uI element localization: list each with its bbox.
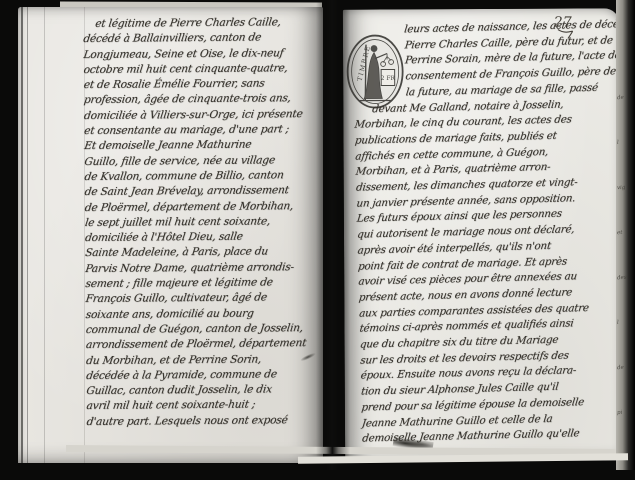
manuscript-line: de Ploërmel, département de Morbihan,	[84, 198, 323, 216]
edge-text-fragment: l	[617, 320, 619, 326]
underlying-page-edges: de l vig et des l de pi	[616, 0, 635, 470]
book-gutter	[316, 0, 350, 470]
edge-text-fragment: pi	[617, 410, 623, 416]
right-page-text: leurs actes de naissance, les actes de d…	[351, 17, 622, 460]
edge-text-fragment: de	[617, 365, 624, 371]
page-number: 27	[550, 11, 586, 41]
edge-text-fragment: de	[617, 95, 624, 101]
edge-text-fragment: des	[617, 275, 627, 282]
binding-fold-line	[44, 7, 45, 463]
right-page: 27 2 FR TIMBRE leurs actes de naissance,…	[343, 8, 622, 461]
manuscript-line: Et demoiselle Jeanne Mathurine	[83, 137, 323, 155]
page-number-text: 27	[553, 15, 572, 31]
margin-fold-line	[84, 7, 85, 463]
edge-text-fragment: vig	[617, 185, 626, 192]
manuscript-line: François Guillo, cultivateur, âgé de	[85, 290, 323, 308]
manuscript-line: avril mil huit cent soixante-huit ;	[85, 397, 323, 415]
left-page: et légitime de Pierre Charles Caille, dé…	[18, 7, 323, 463]
scanned-register-spread: et légitime de Pierre Charles Caille, dé…	[0, 0, 635, 480]
manuscript-line: du Morbihan, et de Perrine Sorin,	[85, 351, 323, 369]
page-number-figure: 27	[550, 11, 586, 41]
left-page-text: et légitime de Pierre Charles Caille, dé…	[82, 15, 323, 457]
binding-fold-line	[27, 7, 28, 463]
edge-text-fragment: l	[617, 140, 619, 146]
manuscript-line: décédé à Ballainvilliers, canton de	[82, 30, 323, 48]
manuscript-line: de Saint Jean Brévelay, arrondissement	[84, 183, 323, 201]
manuscript-line: Sainte Madeleine, à Paris, place du	[84, 244, 323, 262]
edge-text-fragment: et	[617, 230, 623, 236]
page-number-flourish	[558, 30, 573, 39]
manuscript-line: d'autre part. Lesquels nous ont exposé	[86, 412, 323, 430]
binding-fold-line	[21, 7, 23, 463]
manuscript-line: profession, âgée de cinquante-trois ans,	[83, 91, 323, 109]
manuscript-line: arrondissement de Ploërmel, département	[85, 336, 323, 354]
